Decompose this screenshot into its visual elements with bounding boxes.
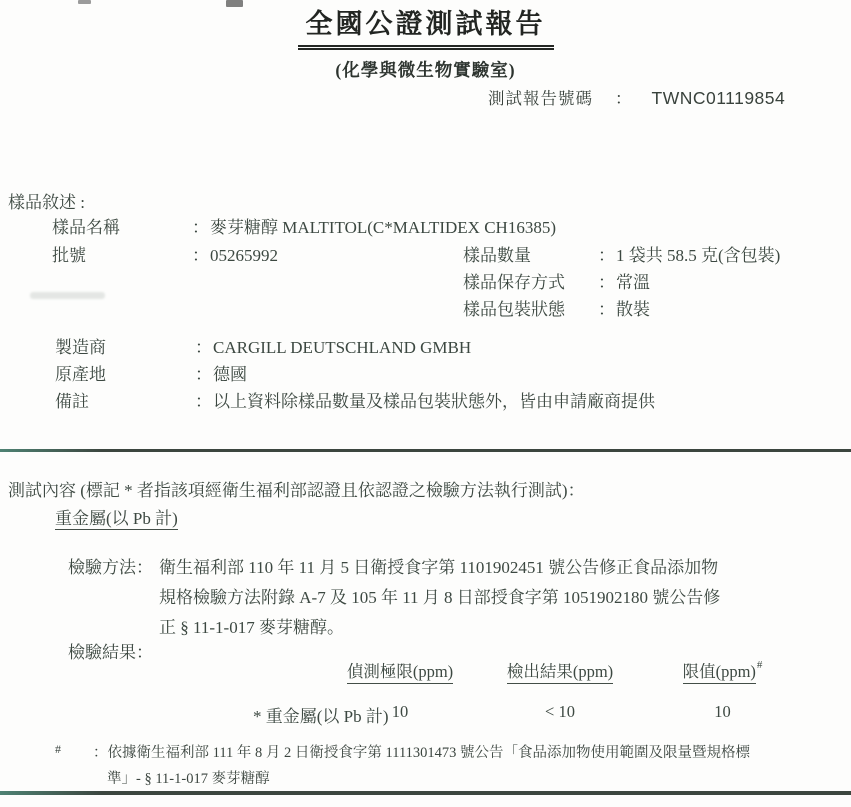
- manufacturer-label: 製造商: [55, 333, 195, 358]
- colon: ：: [598, 268, 616, 293]
- colon: ：: [195, 360, 213, 385]
- origin-row: 原產地 ： 德國: [55, 360, 247, 385]
- storage-value: 常溫: [616, 268, 650, 293]
- quantity-value: 1 袋共 58.5 克(含包裝): [616, 241, 780, 266]
- report-number-row: 測試報告號碼 ： TWNC01119854: [488, 85, 785, 109]
- colon: ：: [192, 213, 210, 238]
- colon: ：: [195, 333, 213, 358]
- result-row-detection-limit: 10: [330, 702, 470, 722]
- method-line: 衛生福利部 110 年 11 月 5 日衛授食字第 1101902451 號公告…: [159, 553, 799, 583]
- storage-label: 樣品保存方式: [463, 268, 598, 293]
- test-report-document: 全國公證測試報告 (化學與微生物實驗室) 測試報告號碼 ： TWNC011198…: [0, 0, 851, 807]
- method-line: 規格檢驗方法附錄 A-7 及 105 年 11 月 8 日部授食字第 10519…: [159, 583, 799, 613]
- limit-superscript: #: [757, 659, 763, 671]
- footnote-line: ：依據衛生福利部 111 年 8 月 2 日衛授食字第 1111301473 號…: [93, 740, 813, 766]
- method-line: 正 § 11-1-017 麥芽糖醇。: [159, 613, 799, 643]
- bottom-divider: [0, 791, 851, 795]
- col-header-detection-limit: 偵測極限(ppm): [330, 658, 470, 682]
- packaging-label: 樣品包裝狀態: [463, 295, 598, 320]
- manufacturer-value: CARGILL DEUTSCHLAND GMBH: [213, 338, 471, 358]
- result-row-result: < 10: [490, 702, 630, 722]
- method-text: 衛生福利部 110 年 11 月 5 日衛授食字第 1101902451 號公告…: [159, 553, 799, 643]
- colon: ：: [598, 241, 616, 266]
- page-title: 全國公證測試報告: [298, 2, 554, 50]
- footnote: # ：依據衛生福利部 111 年 8 月 2 日衛授食字第 1111301473…: [55, 740, 813, 792]
- remark-value: 以上資料除樣品數量及樣品包裝狀態外，皆由申請廠商提供: [213, 387, 655, 412]
- footnote-marker: #: [55, 736, 61, 762]
- test-item-heading: 重金屬(以 Pb 計): [55, 504, 178, 529]
- remark-row: 備註 ： 以上資料除樣品數量及樣品包裝狀態外，皆由申請廠商提供: [55, 387, 655, 412]
- manufacturer-row: 製造商 ： CARGILL DEUTSCHLAND GMBH: [55, 333, 471, 358]
- result-label: 檢驗結果：: [68, 638, 153, 663]
- method-label: 檢驗方法：: [68, 553, 153, 643]
- test-content-heading: 測試內容 (標記 * 者指該項經衛生福利部認證且依認證之檢驗方法執行測試)：: [8, 476, 585, 501]
- quantity-label: 樣品數量: [463, 241, 598, 266]
- storage-row: 樣品保存方式 ： 常溫: [463, 268, 650, 293]
- quantity-row: 樣品數量 ： 1 袋共 58.5 克(含包裝): [463, 241, 780, 266]
- report-number-label: 測試報告號碼: [488, 85, 593, 109]
- page-subtitle: (化學與微生物實驗室): [0, 57, 851, 82]
- colon: ：: [195, 387, 213, 412]
- footnote-text: ：依據衛生福利部 111 年 8 月 2 日衛授食字第 1111301473 號…: [93, 740, 813, 792]
- section-divider: [0, 449, 851, 452]
- report-header: 全國公證測試報告 (化學與微生物實驗室): [0, 2, 851, 82]
- footnote-line: 準」- § 11-1-017 麥芽糖醇: [93, 766, 813, 792]
- scan-artifact: [30, 292, 105, 299]
- packaging-value: 散裝: [616, 295, 650, 320]
- batch-value: 05265992: [210, 246, 278, 266]
- batch-label: 批號: [52, 241, 192, 266]
- remark-label: 備註: [55, 387, 195, 412]
- origin-label: 原產地: [55, 360, 195, 385]
- sample-name-row: 樣品名稱 ： 麥芽糖醇 MALTITOL(C*MALTIDEX CH16385): [52, 213, 556, 238]
- colon: ：: [192, 241, 210, 266]
- report-number-value: TWNC01119854: [652, 88, 786, 109]
- col-header-result: 檢出結果(ppm): [490, 658, 630, 682]
- sample-name-value: 麥芽糖醇 MALTITOL(C*MALTIDEX CH16385): [210, 213, 556, 238]
- batch-row: 批號 ： 05265992: [52, 241, 278, 266]
- colon: ：: [598, 295, 616, 320]
- origin-value: 德國: [213, 360, 247, 385]
- sample-name-label: 樣品名稱: [52, 213, 192, 238]
- result-row-limit: 10: [655, 702, 790, 722]
- test-item-title: 重金屬(以 Pb 計): [55, 509, 178, 530]
- col-header-limit: 限值(ppm)#: [655, 658, 790, 682]
- sample-section-heading: 樣品敘述 :: [8, 188, 85, 213]
- method-row: 檢驗方法： 衛生福利部 110 年 11 月 5 日衛授食字第 11019024…: [68, 553, 799, 643]
- packaging-row: 樣品包裝狀態 ： 散裝: [463, 295, 650, 320]
- colon: ：: [615, 85, 632, 109]
